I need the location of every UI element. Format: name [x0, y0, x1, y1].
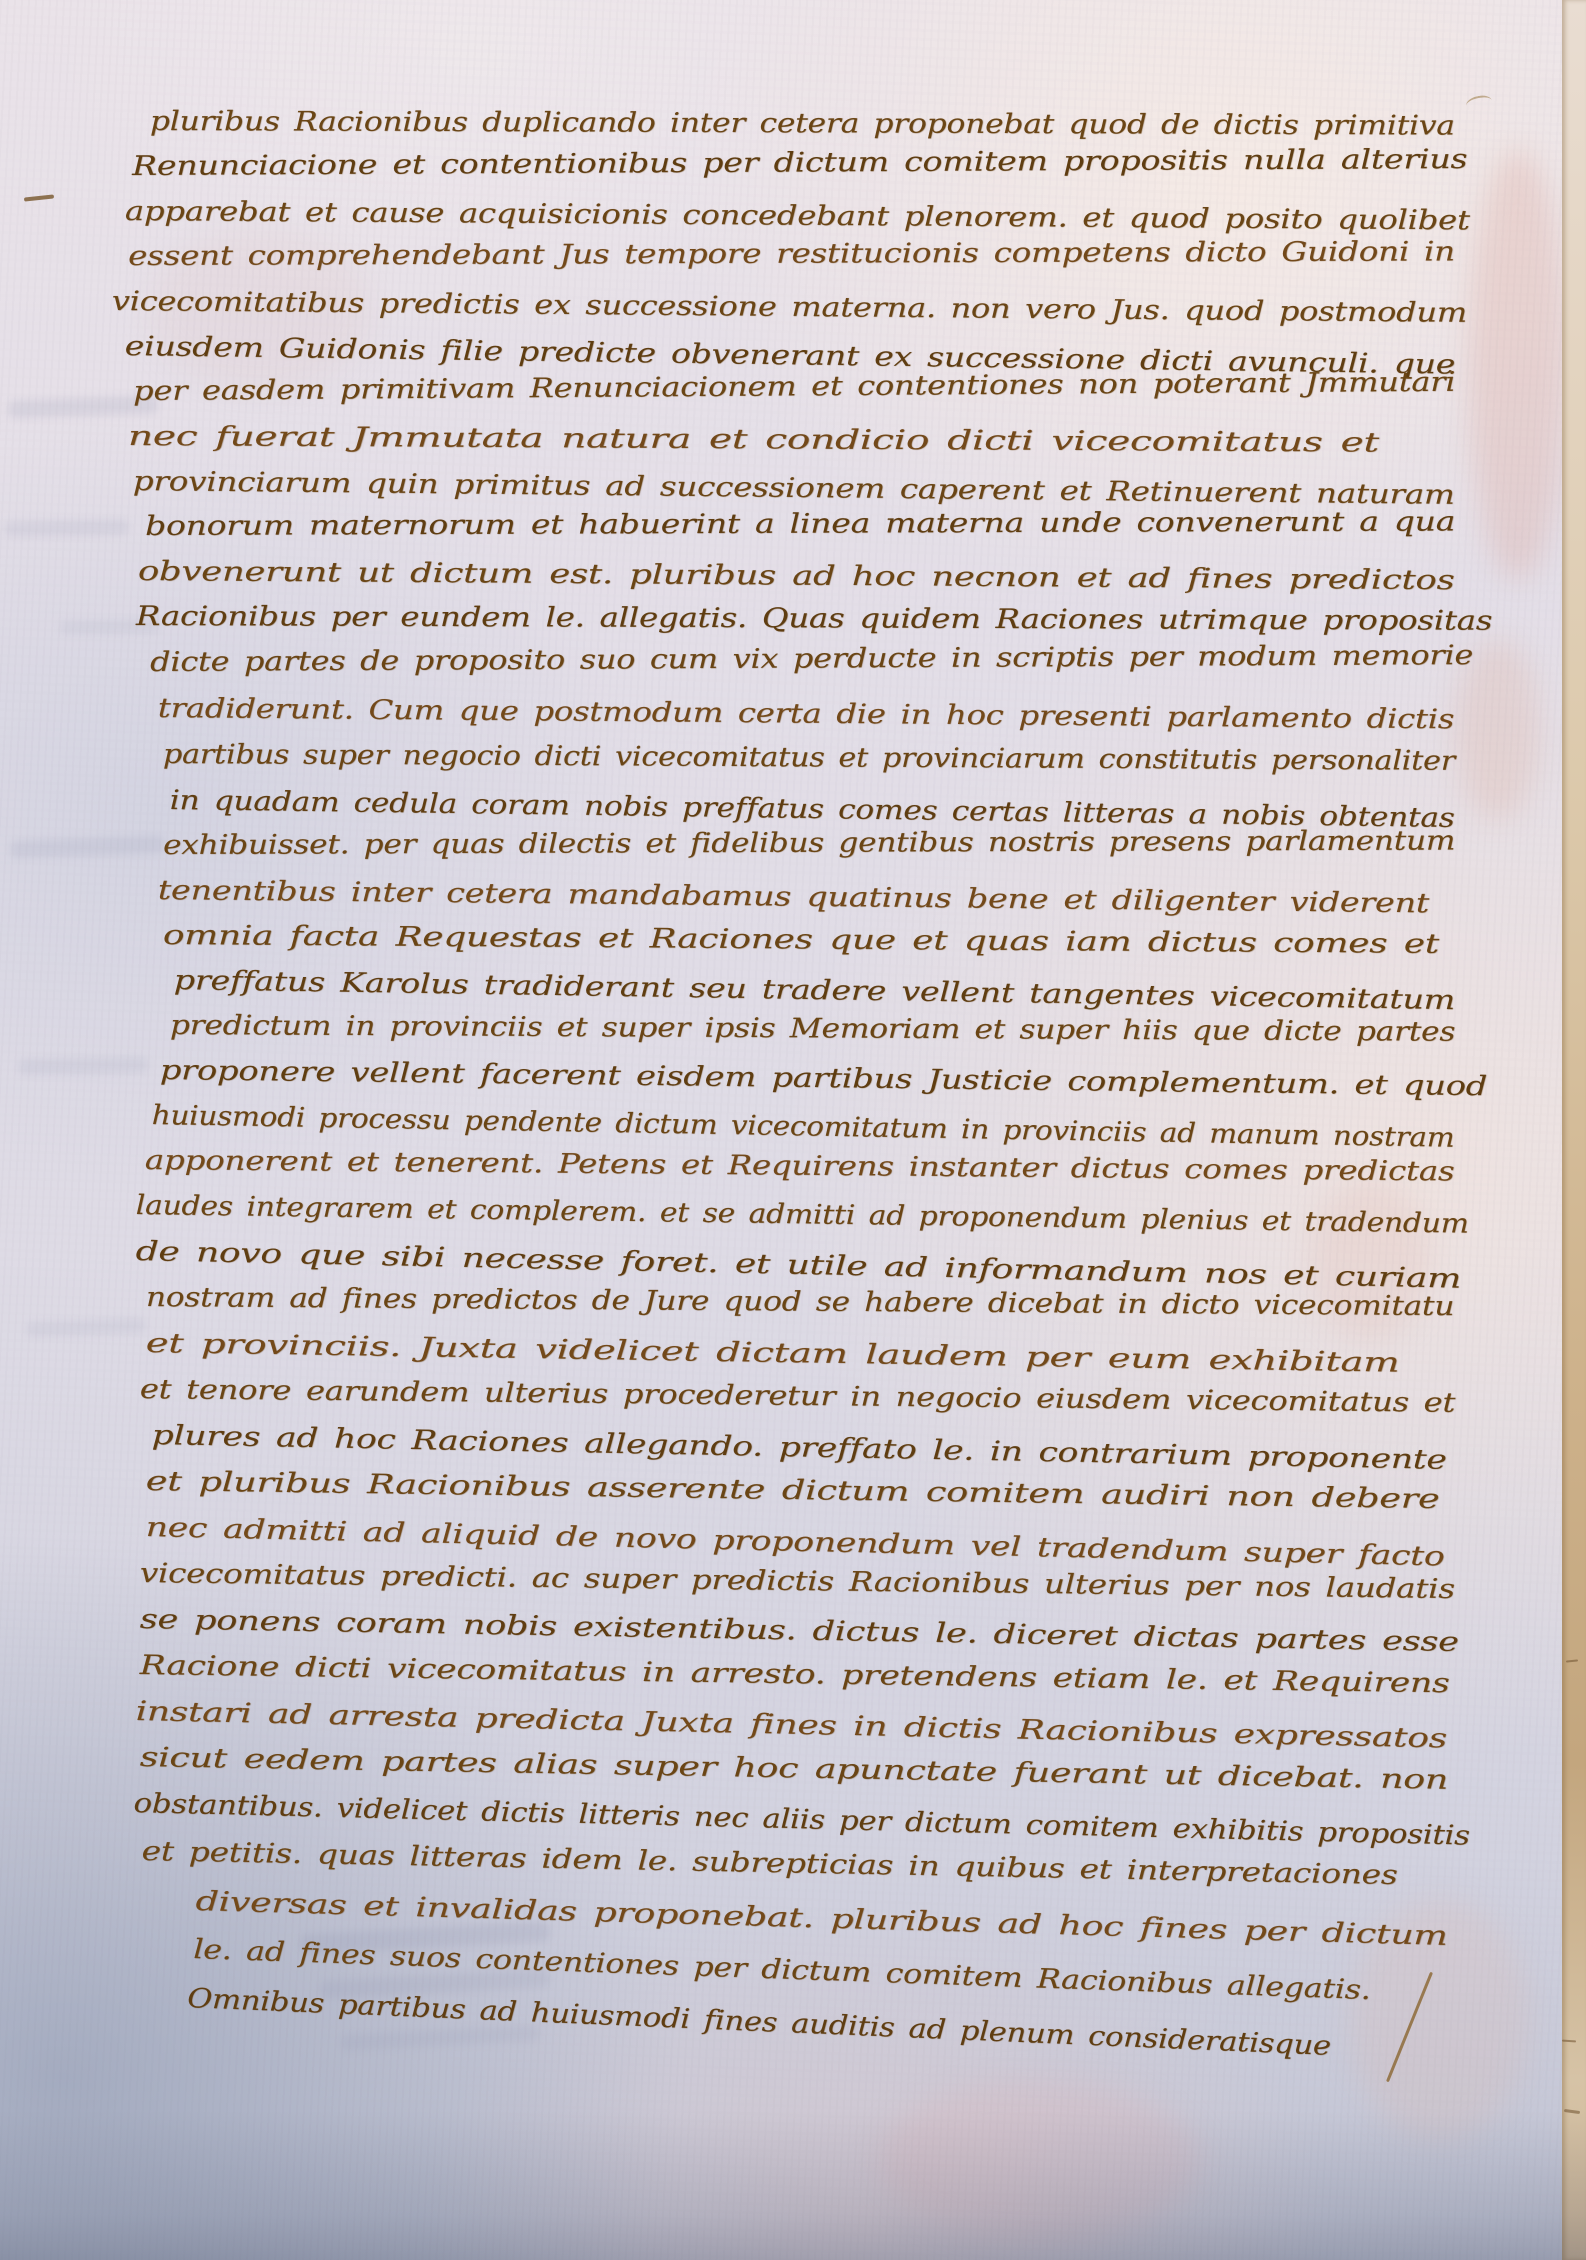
- manuscript-line-7: per easdem primitivam Renunciacionem et …: [133, 367, 1455, 407]
- book-edge-strip: [1562, 0, 1586, 2260]
- edge-crack: [1564, 2109, 1580, 2114]
- manuscript-line-17: exhibuisset. per quas dilectis et fideli…: [163, 825, 1455, 861]
- manuscript-line-1: pluribus Racionibus duplicando inter cet…: [150, 106, 1455, 142]
- manuscript-line-9: provinciarum quin primitus ad succession…: [133, 466, 1455, 511]
- manuscript-line-20: preffatus Karolus tradiderant seu trader…: [174, 965, 1456, 1016]
- manuscript-line-24: apponerent et tenerent. Petens et Requir…: [145, 1145, 1455, 1187]
- manuscript-line-2: Renunciacione et contentionibus per dict…: [132, 144, 1467, 182]
- edge-crack: [1566, 1659, 1578, 1662]
- manuscript-line-8: nec fuerat Jmmutata natura et condicio d…: [128, 421, 1379, 459]
- edge-crack: [1562, 2040, 1576, 2043]
- manuscript-line-5: vicecomitatibus predictis ex successione…: [112, 286, 1467, 329]
- manuscript-line-25: laudes integrarem et complerem. et se ad…: [136, 1190, 1469, 1240]
- manuscript-line-23: huiusmodi processu pendente dictum vicec…: [151, 1100, 1454, 1154]
- manuscript-line-21: predictum in provinciis et super ipsis M…: [170, 1010, 1455, 1048]
- manuscript-line-18: tenentibus inter cetera mandabamus quati…: [158, 875, 1429, 919]
- manuscript-line-13: dicte partes de proposito suo cum vix pe…: [150, 640, 1473, 678]
- manuscript-line-19: omnia facta Requestas et Raciones que et…: [163, 920, 1439, 960]
- manuscript-line-11: obvenerunt ut dictum est. pluribus ad ho…: [138, 556, 1455, 596]
- manuscript-line-31: et pluribus Racionibus asserente dictum …: [146, 1466, 1440, 1515]
- manuscript-line-30: plures ad hoc Raciones allegando. preffa…: [151, 1420, 1446, 1476]
- manuscript-page: pluribus Racionibus duplicando inter cet…: [0, 0, 1586, 2260]
- manuscript-line-34: se ponens coram nobis existentibus. dict…: [139, 1604, 1458, 1658]
- manuscript-text-block: pluribus Racionibus duplicando inter cet…: [0, 0, 1586, 2260]
- manuscript-line-4: essent comprehendebant Jus tempore resti…: [128, 236, 1455, 272]
- manuscript-line-15: partibus super negocio dicti vicecomitat…: [163, 739, 1455, 777]
- manuscript-line-3: apparebat et cause acquisicionis concede…: [125, 196, 1470, 236]
- manuscript-line-10: bonorum maternorum et habuerint a linea …: [145, 506, 1455, 542]
- manuscript-line-35: Racione dicti vicecomitatus in arresto. …: [140, 1650, 1450, 1699]
- manuscript-line-12: Racionibus per eundem le. allegatis. Qua…: [136, 601, 1492, 637]
- manuscript-line-29: et tenore earundem ulterius procederetur…: [140, 1374, 1456, 1419]
- manuscript-line-22: proponere vellent facerent eisdem partib…: [160, 1055, 1488, 1102]
- manuscript-line-28: et provinciis. Juxta videlicet dictam la…: [146, 1328, 1400, 1379]
- manuscript-line-14: tradiderunt. Cum que postmodum certa die…: [158, 693, 1455, 735]
